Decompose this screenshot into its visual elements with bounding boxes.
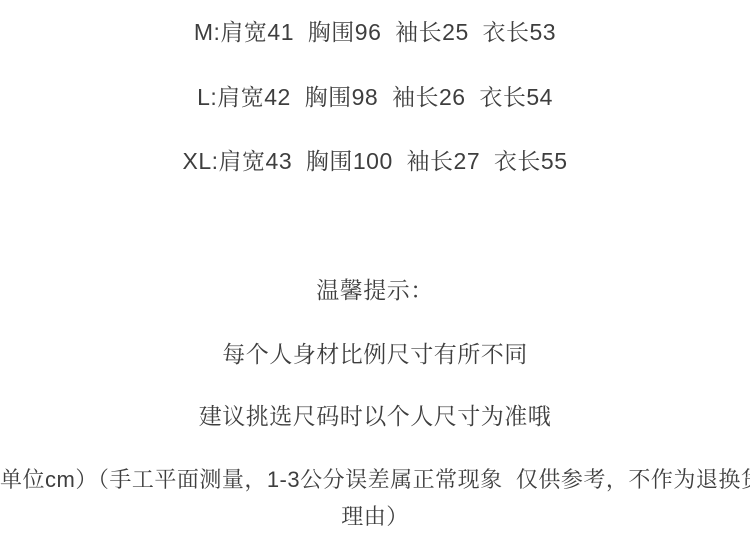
size-row-m: M:肩宽41 胸围96 袖长25 衣长53	[0, 19, 750, 45]
size-row-xl: XL:肩宽43 胸围100 袖长27 衣长55	[0, 148, 750, 174]
tips-line-body-difference: 每个人身材比例尺寸有所不同	[0, 341, 750, 367]
footer-note-line1: 单位cm）（手工平面测量，1-3公分误差属正常现象 仅供参考，不作为退换货	[0, 467, 750, 493]
tips-title: 温馨提示：	[0, 277, 750, 303]
footer-note-line2: 理由）	[0, 504, 750, 530]
size-info-page: M:肩宽41 胸围96 袖长25 衣长53 L:肩宽42 胸围98 袖长26 衣…	[0, 0, 750, 546]
tips-line-size-advice: 建议挑选尺码时以个人尺寸为准哦	[0, 403, 750, 429]
size-row-l: L:肩宽42 胸围98 袖长26 衣长54	[0, 84, 750, 110]
